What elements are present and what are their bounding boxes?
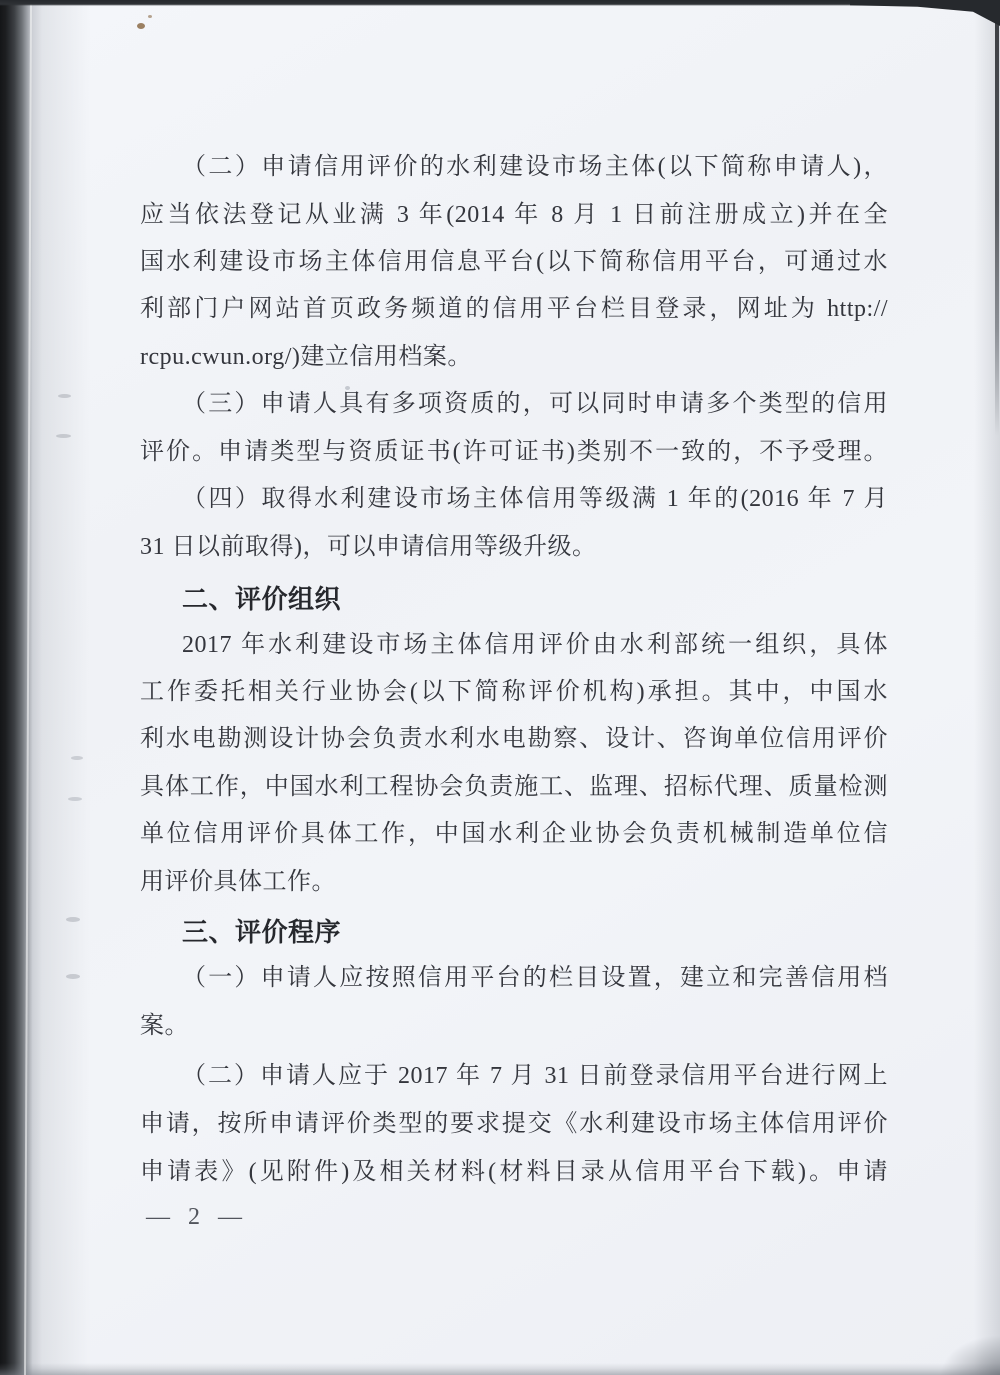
text-line: 应当依法登记从业满 3 年(2014 年 8 月 1 日前注册成立)并在全	[140, 199, 888, 235]
paper-speck	[58, 394, 71, 398]
text-line: 用评价具体工作。	[140, 866, 888, 902]
page-number: — 2 —	[146, 1202, 245, 1232]
paper-speck	[66, 917, 80, 922]
section-heading-2: 二、评价组织	[140, 583, 888, 619]
scanned-document-page: （二）申请信用评价的水利建设市场主体(以下简称申请人)， 应当依法登记从业满 3…	[0, 0, 1000, 1375]
text-line: 单位信用评价具体工作，中国水利企业协会负责机械制造单位信	[140, 818, 888, 854]
text-line: （一）申请人应按照信用平台的栏目设置，建立和完善信用档	[140, 962, 888, 998]
text-line: 利部门户网站首页政务频道的信用平台栏目登录，网址为 http://	[140, 293, 888, 329]
text-line: （四）取得水利建设市场主体信用等级满 1 年的(2016 年 7 月	[140, 483, 888, 519]
scan-edge-right-line	[995, 6, 999, 436]
text-line: 具体工作，中国水利工程协会负责施工、监理、招标代理、质量检测	[140, 771, 888, 807]
text-line: 案。	[140, 1010, 888, 1046]
paper-speck	[68, 797, 82, 801]
paper-speck	[71, 756, 83, 760]
section-heading-3: 三、评价程序	[140, 916, 888, 952]
text-line: rcpu.cwun.org/)建立信用档案。	[140, 341, 888, 377]
text-line: 31 日以前取得)，可以申请信用等级升级。	[140, 531, 888, 567]
text-line: （二）申请人应于 2017 年 7 月 31 日前登录信用平台进行网上	[140, 1060, 888, 1096]
scan-corner-bottom-right	[940, 1335, 1000, 1375]
text-line: 申请表》(见附件)及相关材料(材料目录从信用平台下载)。申请	[140, 1156, 888, 1192]
text-line: 工作委托相关行业协会(以下简称评价机构)承担。其中，中国水	[140, 676, 888, 712]
text-line: 2017 年水利建设市场主体信用评价由水利部统一组织，具体	[140, 629, 888, 665]
text-line: 评价。申请类型与资质证书(许可证书)类别不一致的，不予受理。	[140, 436, 888, 472]
text-line: 国水利建设市场主体信用信息平台(以下简称信用平台，可通过水	[140, 246, 888, 282]
paper-speck	[66, 974, 80, 979]
paper-speck	[148, 15, 152, 18]
text-line: （三）申请人具有多项资质的，可以同时申请多个类型的信用	[140, 388, 888, 424]
paper-speck	[345, 386, 350, 390]
text-line: （二）申请信用评价的水利建设市场主体(以下简称申请人)，	[140, 151, 888, 187]
paper-speck	[56, 434, 71, 438]
scan-edge-bottom	[0, 1363, 1000, 1375]
scan-edge-left	[0, 0, 42, 1375]
text-line: 利水电勘测设计协会负责水利水电勘察、设计、咨询单位信用评价	[140, 723, 888, 759]
text-line: 申请，按所申请评价类型的要求提交《水利建设市场主体信用评价	[140, 1108, 888, 1144]
paper-speck	[137, 23, 145, 29]
